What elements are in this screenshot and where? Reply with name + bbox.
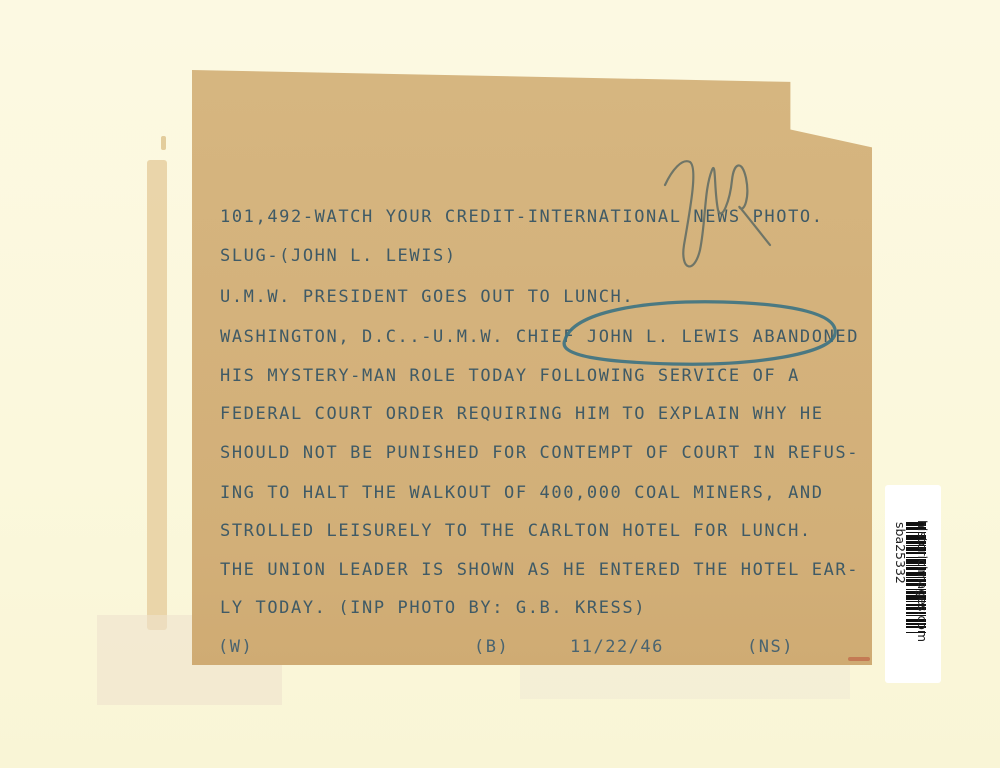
caption-line-7: SHOULD NOT BE PUNISHED FOR CONTEMPT OF C… xyxy=(220,443,859,463)
circled-name-mark-icon xyxy=(553,298,849,370)
caption-line-11: LY TODAY. (INP PHOTO BY: G.B. KRESS) xyxy=(220,598,646,618)
red-stain xyxy=(848,657,870,661)
caption-line-2: SLUG-(JOHN L. LEWIS) xyxy=(220,246,457,266)
label-id-text: sba25332 xyxy=(893,522,908,584)
handwritten-initials-icon xyxy=(660,150,780,280)
footer-tag-ns: (NS) xyxy=(747,637,794,657)
footer-tag-w: (W) xyxy=(218,637,253,657)
paper-remnant-strip xyxy=(147,160,167,630)
paper-remnant-fleck xyxy=(161,136,166,150)
caption-line-8: ING TO HALT THE WALKOUT OF 400,000 COAL … xyxy=(220,483,824,503)
footer-tag-b: (B) xyxy=(474,637,509,657)
caption-line-10: THE UNION LEADER IS SHOWN AS HE ENTERED … xyxy=(220,560,859,580)
label-site-text: historicimages.com xyxy=(915,520,930,642)
footer-date: 11/22/46 xyxy=(570,637,664,657)
tape-residue-bottom xyxy=(520,665,850,699)
caption-line-6: FEDERAL COURT ORDER REQUIRING HIM TO EXP… xyxy=(220,404,824,424)
caption-line-9: STROLLED LEISURELY TO THE CARLTON HOTEL … xyxy=(220,521,812,541)
